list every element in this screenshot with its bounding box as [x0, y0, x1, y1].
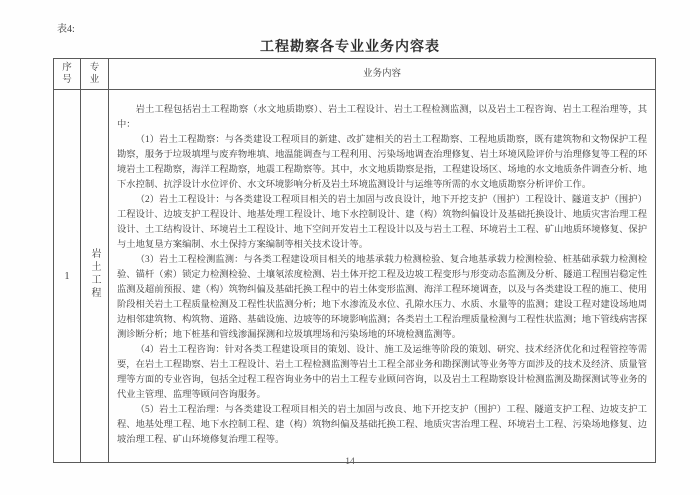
header-serial-number: 序号 [54, 59, 81, 90]
header-business-content: 业务内容 [109, 59, 656, 90]
header-specialty-label: 专业 [90, 62, 100, 86]
table-header-row: 序号 专业 业务内容 [54, 59, 656, 90]
row-serial-number: 1 [54, 90, 81, 463]
header-serial-number-label: 序号 [62, 62, 72, 86]
header-business-content-label: 业务内容 [363, 69, 401, 79]
table-label: 表4: [57, 20, 75, 35]
content-paragraph-consulting: （4）岩土工程咨询：针对各类工程建设项目的策划、设计、施工及运维等阶段的策划、研… [117, 343, 647, 403]
header-specialty: 专业 [81, 59, 109, 90]
content-paragraph-treatment: （5）岩土工程治理：与各类建设工程项目相关的岩土加固与改良、地下开挖支护（围护）… [117, 403, 647, 448]
content-paragraph-design: （2）岩土工程设计：与各类建设工程项目相关的岩土加固与改良设计，地下开挖支护（围… [117, 193, 647, 253]
row-business-content: 岩土工程包括岩土工程勘察（水文地质勘察）、岩土工程设计、岩土工程检测监测，以及岩… [109, 90, 656, 463]
page-title: 工程勘察各专业业务内容表 [0, 36, 700, 56]
document-page: 表4: 工程勘察各专业业务内容表 序号 专业 业务内容 1 [0, 0, 700, 495]
content-paragraph-survey: （1）岩土工程勘察：与各类建设工程项目的新建、改扩建相关的岩土工程勘察、工程地质… [117, 133, 647, 193]
business-content-table: 序号 专业 业务内容 1 岩土工程 岩土工程包括岩土工程勘察（水文地质勘察）、岩… [53, 58, 656, 463]
page-number: 14 [0, 457, 700, 467]
table-row: 1 岩土工程 岩土工程包括岩土工程勘察（水文地质勘察）、岩土工程设计、岩土工程检… [54, 90, 656, 463]
content-paragraph-intro: 岩土工程包括岩土工程勘察（水文地质勘察）、岩土工程设计、岩土工程检测监测，以及岩… [117, 103, 647, 133]
content-paragraph-testing-monitoring: （3）岩土工程检测监测：与各类工程建设项目相关的地基承载力检测检验、复合地基承载… [117, 253, 647, 343]
row-specialty: 岩土工程 [81, 90, 109, 463]
row-specialty-label: 岩土工程 [87, 248, 102, 300]
